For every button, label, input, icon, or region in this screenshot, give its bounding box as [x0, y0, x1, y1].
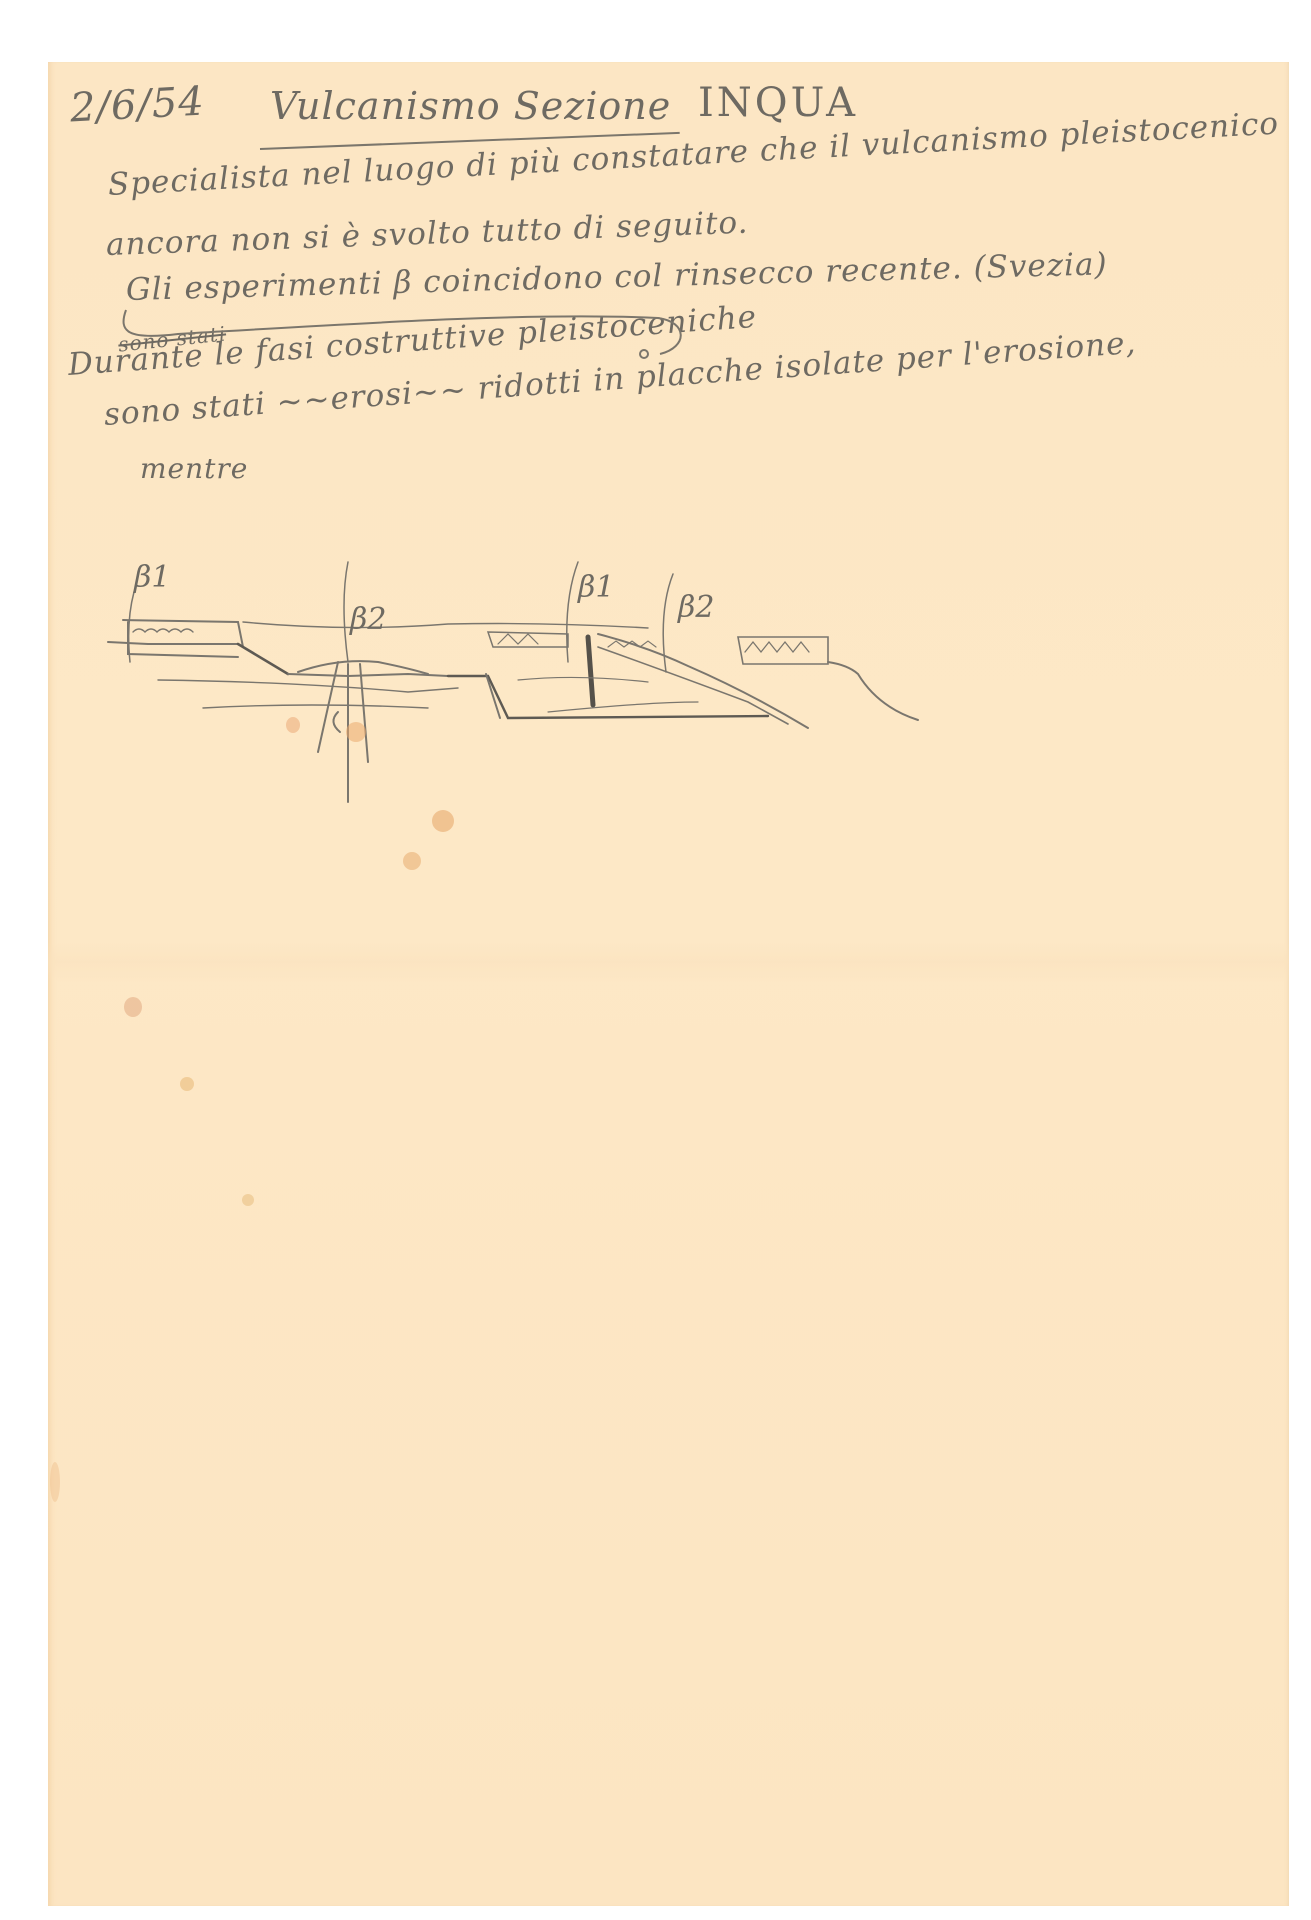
paper-stain [286, 717, 300, 733]
page-fold-crease [48, 942, 1289, 982]
paper-stain [50, 1462, 60, 1502]
notebook-page: 2/6/54 Vulcanismo Sezione INQUA Speciali… [48, 62, 1289, 1906]
paper-stain [242, 1194, 254, 1206]
paper-stain [180, 1077, 194, 1091]
sketch-label-beta2-center: β2 [350, 602, 386, 637]
paper-stain [124, 997, 142, 1017]
paper-stain [346, 722, 366, 742]
cross-section-sketch [48, 62, 1289, 862]
paper-stain [403, 852, 421, 870]
paper-stain [432, 810, 454, 832]
sketch-label-beta2-right: β2 [678, 590, 714, 625]
sketch-label-beta1-right: β1 [578, 570, 614, 605]
sketch-label-beta1-left: β1 [134, 560, 170, 595]
